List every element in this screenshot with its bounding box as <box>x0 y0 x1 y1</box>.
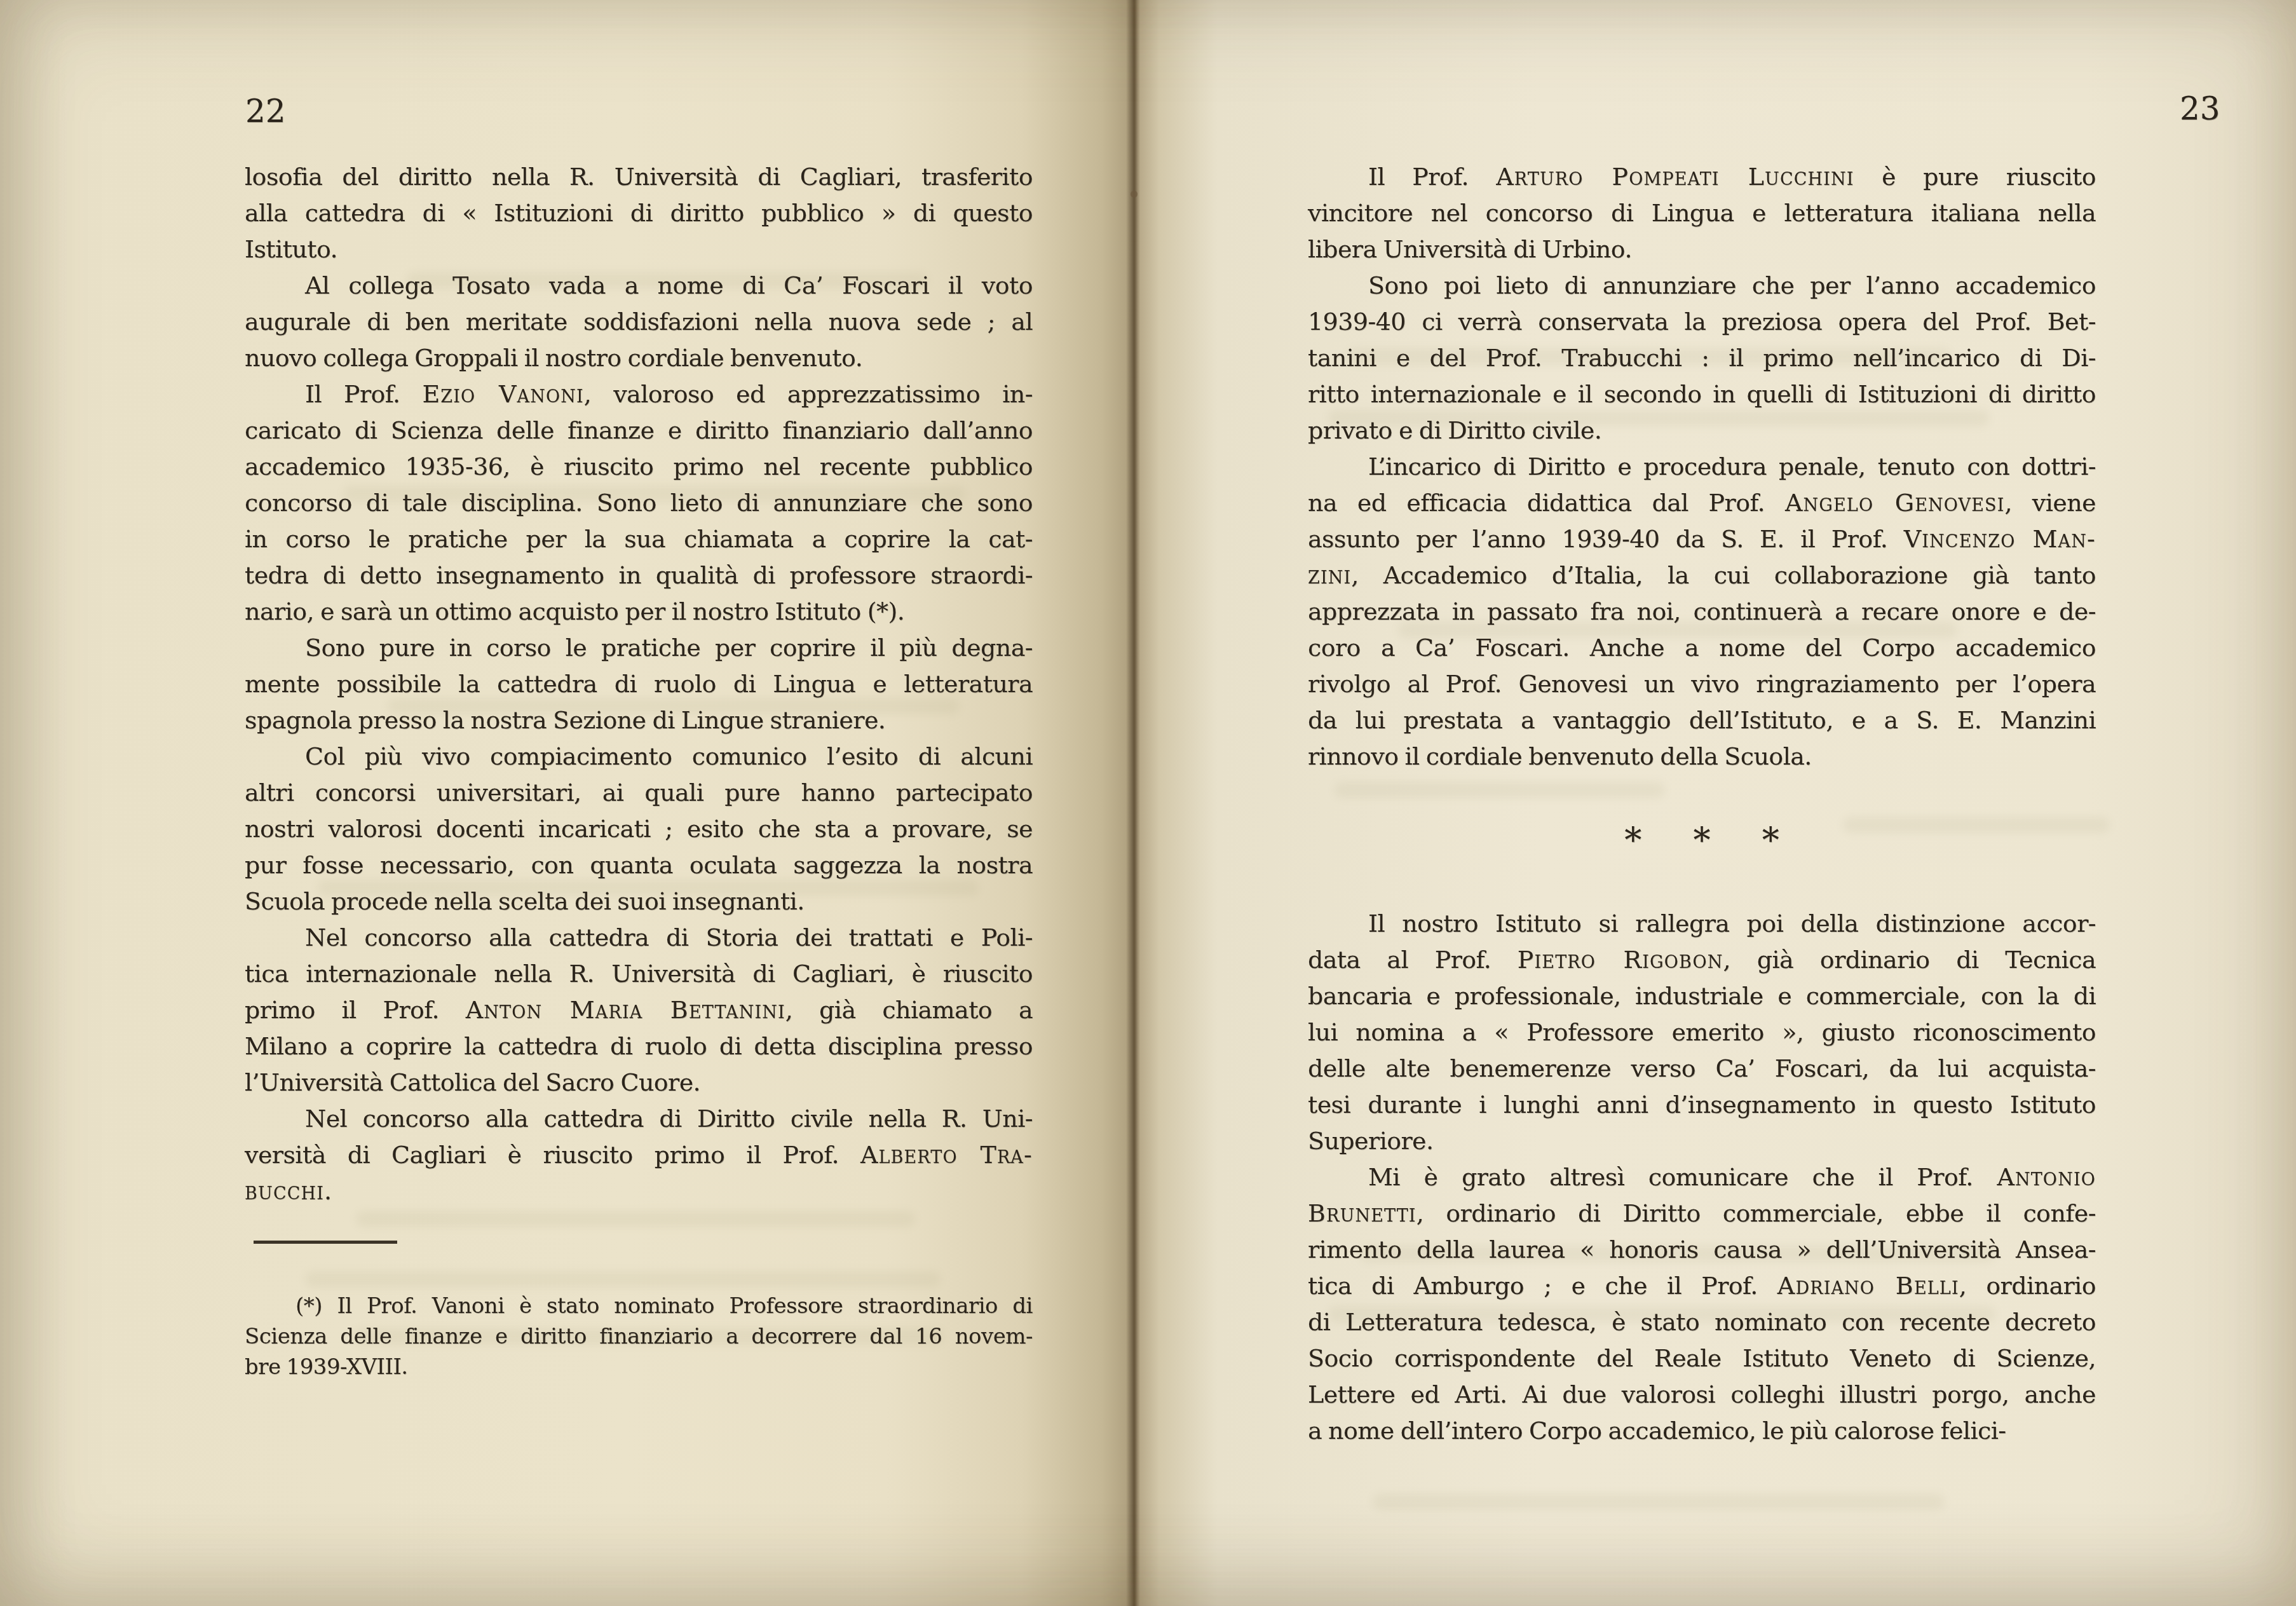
text-line: pur fosse necessario, con quanta oculata… <box>245 847 1033 883</box>
text-line: vincitore nel concorso di Lingua e lette… <box>1308 195 2096 231</box>
text-segment: augurale di ben meritate soddisfazioni n… <box>245 308 1033 336</box>
text-segment: , ordinario di Diritto commerciale, ebbe… <box>1416 1199 2096 1227</box>
text-segment: l’Università Cattolica del Sacro Cuore. <box>245 1068 700 1096</box>
text-segment: spagnola presso la nostra Sezione di Lin… <box>245 706 885 734</box>
text-line: privato e di Diritto civile. <box>1308 412 2096 449</box>
footnote-rule <box>254 1241 397 1244</box>
text-line: Il Prof. Ezio Vanoni, valoroso ed apprez… <box>245 376 1033 412</box>
text-segment: privato e di Diritto civile. <box>1308 416 1601 444</box>
text-segment: Lettere ed Arti. Ai due valorosi collegh… <box>1308 1380 2096 1408</box>
text-line: Superiore. <box>1308 1123 2096 1159</box>
text-segment: , ordinario <box>1959 1272 2096 1300</box>
text-segment: coro a Ca’ Foscari. Anche a nome del Cor… <box>1308 634 2096 662</box>
text-segment: Superiore. <box>1308 1127 1434 1155</box>
text-segment: data al Prof. <box>1308 946 1518 974</box>
text-line: bre 1939-XVIII. <box>245 1352 1033 1382</box>
text-segment: tedra di detto insegnamento in qualità d… <box>245 561 1033 589</box>
text-segment: (*) Il Prof. Vanoni è stato nominato Pro… <box>295 1293 1033 1319</box>
text-segment: Pietro Rigobon <box>1518 946 1723 974</box>
gutter-crease <box>1126 0 1140 1606</box>
text-segment: bucchi <box>245 1177 324 1205</box>
text-segment: tica internazionale nella R. Università … <box>245 960 1033 988</box>
page-right-body: Il Prof. Arturo Pompeati Lucchini è pure… <box>1308 159 2096 1449</box>
text-segment: Istituto. <box>245 235 337 263</box>
text-segment: losofia del diritto nella R. Università … <box>245 163 1033 191</box>
text-segment: zini <box>1308 561 1351 589</box>
text-line: altri concorsi universitari, ai quali pu… <box>245 775 1033 811</box>
text-segment: tanini e del Prof. Trabucchi : il primo … <box>1308 344 2096 372</box>
text-segment: Vincenzo Man- <box>1904 525 2096 553</box>
text-segment: Il Prof. <box>305 380 422 408</box>
text-line: primo il Prof. Anton Maria Bettanini, gi… <box>245 992 1033 1028</box>
text-line: ritto internazionale e il secondo in que… <box>1308 376 2096 412</box>
text-segment: na ed efficacia didattica dal Prof. <box>1308 489 1785 517</box>
text-segment: Ezio Vanoni <box>422 380 583 408</box>
text-line: Istituto. <box>245 231 1033 268</box>
text-segment: , Accademico d’Italia, la cui collaboraz… <box>1351 561 2096 589</box>
text-segment: lui nomina a « Professore emerito », giu… <box>1308 1018 2096 1046</box>
text-segment: bancaria e professionale, industriale e … <box>1308 982 2096 1010</box>
text-segment: rimento della laurea « honoris causa » d… <box>1308 1235 2096 1263</box>
text-segment: a nome dell’intero Corpo accademico, le … <box>1308 1417 2006 1445</box>
text-segment: , già chiamato a <box>785 996 1033 1024</box>
text-segment: Col più vivo compiacimento comunico l’es… <box>305 742 1033 770</box>
text-segment: nostri valorosi docenti incaricati ; esi… <box>245 815 1033 843</box>
text-line: Il nostro Istituto si rallegra poi della… <box>1308 906 2096 942</box>
text-line: da lui prestata a vantaggio dell’Istitut… <box>1308 702 2096 738</box>
text-line: coro a Ca’ Foscari. Anche a nome del Cor… <box>1308 630 2096 666</box>
text-line: tica internazionale nella R. Università … <box>245 956 1033 992</box>
text-line: 1939-40 ci verrà conservata la preziosa … <box>1308 304 2096 340</box>
text-line: rivolgo al Prof. Genovesi un vivo ringra… <box>1308 666 2096 702</box>
text-line: caricato di Scienza delle finanze e diri… <box>245 412 1033 449</box>
text-segment: assunto per l’anno 1939-40 da S. E. il P… <box>1308 525 1904 553</box>
text-line: accademico 1935-36, è riuscito primo nel… <box>245 449 1033 485</box>
text-line: augurale di ben meritate soddisfazioni n… <box>245 304 1033 340</box>
text-line: Col più vivo compiacimento comunico l’es… <box>245 738 1033 775</box>
text-segment: , viene <box>2004 489 2096 517</box>
text-line: concorso di tale disciplina. Sono lieto … <box>245 485 1033 521</box>
text-segment: Sono poi lieto di annunziare che per l’a… <box>1368 271 2096 299</box>
text-segment: Angelo Genovesi <box>1785 489 2005 517</box>
text-line: di Letteratura tedesca, è stato nominato… <box>1308 1304 2096 1340</box>
text-segment: Scuola procede nella scelta dei suoi ins… <box>245 887 805 915</box>
text-segment: 1939-40 ci verrà conservata la preziosa … <box>1308 308 2096 336</box>
text-segment: Socio corrispondente del Reale Istituto … <box>1308 1344 2096 1372</box>
text-line: Lettere ed Arti. Ai due valorosi collegh… <box>1308 1377 2096 1413</box>
section-separator: * * * <box>1308 775 2096 906</box>
text-segment: Sono pure in corso le pratiche per copri… <box>305 634 1033 662</box>
footnote-block: (*) Il Prof. Vanoni è stato nominato Pro… <box>245 1241 1033 1382</box>
text-segment: rinnovo il cordiale benvenuto della Scuo… <box>1308 742 1812 770</box>
text-line: nario, e sarà un ottimo acquisto per il … <box>245 594 1033 630</box>
text-line: tanini e del Prof. Trabucchi : il primo … <box>1308 340 2096 376</box>
text-segment: Il nostro Istituto si rallegra poi della… <box>1368 909 2096 937</box>
text-line: tica di Amburgo ; e che il Prof. Adriano… <box>1308 1268 2096 1304</box>
text-line: Scuola procede nella scelta dei suoi ins… <box>245 883 1033 920</box>
text-line: Socio corrispondente del Reale Istituto … <box>1308 1340 2096 1377</box>
page-left-body: losofia del diritto nella R. Università … <box>245 159 1033 1209</box>
text-line: L’incarico di Diritto e procedura penale… <box>1308 449 2096 485</box>
text-line: nuovo collega Groppali il nostro cordial… <box>245 340 1033 376</box>
text-segment: Arturo Pompeati Lucchini <box>1496 163 1854 191</box>
text-line: losofia del diritto nella R. Università … <box>245 159 1033 195</box>
text-line: alla cattedra di « Istituzioni di diritt… <box>245 195 1033 231</box>
text-segment: , valoroso ed apprezzatissimo in- <box>584 380 1033 408</box>
text-line: Nel concorso alla cattedra di Storia dei… <box>245 920 1033 956</box>
text-segment: bre 1939-XVIII. <box>245 1354 408 1380</box>
text-line: Sono pure in corso le pratiche per copri… <box>245 630 1033 666</box>
text-segment: Mi è grato altresì comunicare che il Pro… <box>1368 1163 1997 1191</box>
text-segment: pur fosse necessario, con quanta oculata… <box>245 851 1033 879</box>
text-segment: vincitore nel concorso di Lingua e lette… <box>1308 199 2096 227</box>
text-segment: , già ordinario di Tecnica <box>1723 946 2096 974</box>
text-line: Al collega Tosato vada a nome di Ca’ Fos… <box>245 268 1033 304</box>
text-segment: in corso le pratiche per la sua chiamata… <box>245 525 1033 553</box>
text-line: apprezzata in passato fra noi, continuer… <box>1308 594 2096 630</box>
text-line: bancaria e professionale, industriale e … <box>1308 978 2096 1014</box>
text-line: Il Prof. Arturo Pompeati Lucchini è pure… <box>1308 159 2096 195</box>
text-segment: Antonio <box>1997 1163 2096 1191</box>
text-line: (*) Il Prof. Vanoni è stato nominato Pro… <box>245 1291 1033 1321</box>
text-segment: libera Università di Urbino. <box>1308 235 1632 263</box>
text-segment: è pure riuscito <box>1854 163 2096 191</box>
text-line: lui nomina a « Professore emerito », giu… <box>1308 1014 2096 1051</box>
text-line: tedra di detto insegnamento in qualità d… <box>245 557 1033 594</box>
text-line: zini, Accademico d’Italia, la cui collab… <box>1308 557 2096 594</box>
text-segment: . <box>324 1177 332 1205</box>
page-number-left: 22 <box>245 95 286 127</box>
text-segment: Nel concorso alla cattedra di Diritto ci… <box>305 1105 1033 1133</box>
text-line: Nel concorso alla cattedra di Diritto ci… <box>245 1101 1033 1137</box>
text-segment: versità di Cagliari è riuscito primo il … <box>245 1141 860 1169</box>
text-line: Scienza delle finanze e diritto finanzia… <box>245 1321 1033 1352</box>
text-segment: nuovo collega Groppali il nostro cordial… <box>245 344 862 372</box>
text-line: na ed efficacia didattica dal Prof. Ange… <box>1308 485 2096 521</box>
text-line: Brunetti, ordinario di Diritto commercia… <box>1308 1195 2096 1232</box>
text-segment: Milano a coprire la cattedra di ruolo di… <box>245 1032 1033 1060</box>
text-line: rinnovo il cordiale benvenuto della Scuo… <box>1308 738 2096 775</box>
text-line: Sono poi lieto di annunziare che per l’a… <box>1308 268 2096 304</box>
text-line: Mi è grato altresì comunicare che il Pro… <box>1308 1159 2096 1195</box>
text-segment: Adriano Belli <box>1777 1272 1959 1300</box>
text-segment: tica di Amburgo ; e che il Prof. <box>1308 1272 1777 1300</box>
text-segment: L’incarico di Diritto e procedura penale… <box>1368 453 2096 480</box>
text-line: a nome dell’intero Corpo accademico, le … <box>1308 1413 2096 1449</box>
paper-speck <box>1131 191 1138 198</box>
text-line: data al Prof. Pietro Rigobon, già ordina… <box>1308 942 2096 978</box>
text-line: bucchi. <box>245 1173 1033 1209</box>
text-segment: altri concorsi universitari, ai quali pu… <box>245 779 1033 806</box>
text-segment: di Letteratura tedesca, è stato nominato… <box>1308 1308 2096 1336</box>
text-segment: mente possibile la cattedra di ruolo di … <box>245 670 1033 698</box>
text-segment: concorso di tale disciplina. Sono lieto … <box>245 489 1033 517</box>
text-line: nostri valorosi docenti incaricati ; esi… <box>245 811 1033 847</box>
text-segment: Scienza delle finanze e diritto finanzia… <box>245 1324 1033 1349</box>
text-line: in corso le pratiche per la sua chiamata… <box>245 521 1033 557</box>
text-segment: primo il Prof. <box>245 996 466 1024</box>
text-line: tesi durante i lunghi anni d’insegnament… <box>1308 1087 2096 1123</box>
text-segment: delle alte benemerenze verso Ca’ Foscari… <box>1308 1054 2096 1082</box>
text-segment: rivolgo al Prof. Genovesi un vivo ringra… <box>1308 670 2096 698</box>
text-line: spagnola presso la nostra Sezione di Lin… <box>245 702 1033 738</box>
text-segment: accademico 1935-36, è riuscito primo nel… <box>245 453 1033 480</box>
text-line: l’Università Cattolica del Sacro Cuore. <box>245 1065 1033 1101</box>
text-segment: Anton Maria Bettanini <box>466 996 785 1024</box>
text-segment: ritto internazionale e il secondo in que… <box>1308 380 2096 408</box>
text-line: libera Università di Urbino. <box>1308 231 2096 268</box>
text-segment: Brunetti <box>1308 1199 1416 1227</box>
book-spread: 22 23 losofia del diritto nella R. Unive… <box>0 0 2296 1606</box>
page-number-right: 23 <box>2180 93 2220 125</box>
text-line: delle alte benemerenze verso Ca’ Foscari… <box>1308 1051 2096 1087</box>
text-segment: Nel concorso alla cattedra di Storia dei… <box>305 923 1033 951</box>
text-segment: tesi durante i lunghi anni d’insegnament… <box>1308 1091 2096 1119</box>
text-segment: Al collega Tosato vada a nome di Ca’ Fos… <box>305 271 1033 299</box>
text-segment: da lui prestata a vantaggio dell’Istitut… <box>1308 706 2096 734</box>
text-line: versità di Cagliari è riuscito primo il … <box>245 1137 1033 1173</box>
text-segment: Alberto Tra- <box>860 1141 1033 1169</box>
footnote: (*) Il Prof. Vanoni è stato nominato Pro… <box>245 1291 1033 1382</box>
text-segment: Il Prof. <box>1368 163 1496 191</box>
text-segment: alla cattedra di « Istituzioni di diritt… <box>245 199 1033 227</box>
text-segment: nario, e sarà un ottimo acquisto per il … <box>245 597 904 625</box>
text-line: rimento della laurea « honoris causa » d… <box>1308 1232 2096 1268</box>
text-line: assunto per l’anno 1939-40 da S. E. il P… <box>1308 521 2096 557</box>
text-segment: caricato di Scienza delle finanze e diri… <box>245 416 1033 444</box>
text-line: mente possibile la cattedra di ruolo di … <box>245 666 1033 702</box>
text-line: Milano a coprire la cattedra di ruolo di… <box>245 1028 1033 1065</box>
text-segment: apprezzata in passato fra noi, continuer… <box>1308 597 2096 625</box>
